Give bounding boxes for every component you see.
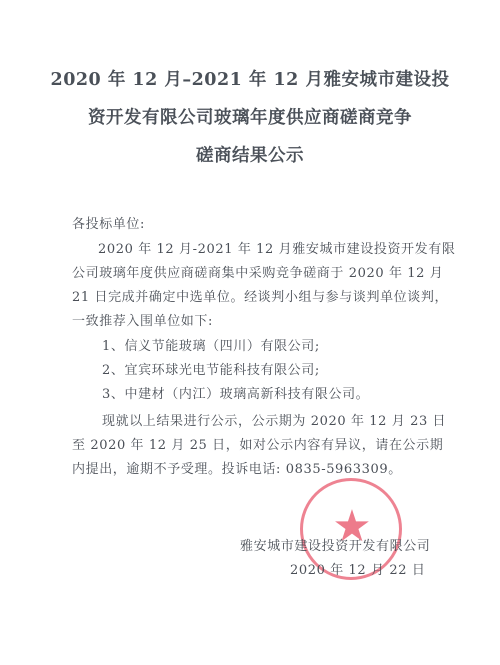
- selected-unit-3: 3、中建材（内江）玻璃高新科技有限公司。: [102, 383, 369, 402]
- signature-organization: 雅安城市建设投资开发有限公司: [240, 535, 430, 554]
- document-title-line-1: 2020 年 12 月–2021 年 12 月雅安城市建设投: [0, 66, 500, 91]
- paragraph2-line-1: 现就以上结果进行公示，公示期为 2020 年 12 月 23 日: [102, 410, 446, 429]
- paragraph1-line-1: 2020 年 12 月-2021 年 12 月雅安城市建设投资开发有限: [98, 238, 455, 257]
- paragraph1-line-2: 公司玻璃年度供应商磋商集中采购竞争磋商于 2020 年 12 月: [72, 262, 443, 281]
- selected-unit-1: 1、信义节能玻璃（四川）有限公司;: [102, 335, 320, 354]
- paragraph2-line-3: 内提出，逾期不予受理。投诉电话: 0835-5963309。: [72, 458, 402, 477]
- document-title-line-2: 资开发有限公司玻璃年度供应商磋商竞争: [0, 104, 500, 129]
- paragraph1-line-3: 21 日完成并确定中选单位。经谈判小组与参与谈判单位谈判，: [72, 286, 448, 305]
- paragraph1-line-4: 一致推荐入围单位如下:: [72, 310, 213, 329]
- document-title-line-3: 磋商结果公示: [0, 142, 500, 167]
- paragraph2-line-2: 至 2020 年 12 月 25 日，如对公示内容有异议，请在公示期: [72, 434, 443, 453]
- selected-unit-2: 2、宜宾环球光电节能科技有限公司;: [102, 359, 320, 378]
- salutation: 各投标单位:: [72, 213, 145, 232]
- signature-date: 2020 年 12 月 22 日: [290, 559, 425, 578]
